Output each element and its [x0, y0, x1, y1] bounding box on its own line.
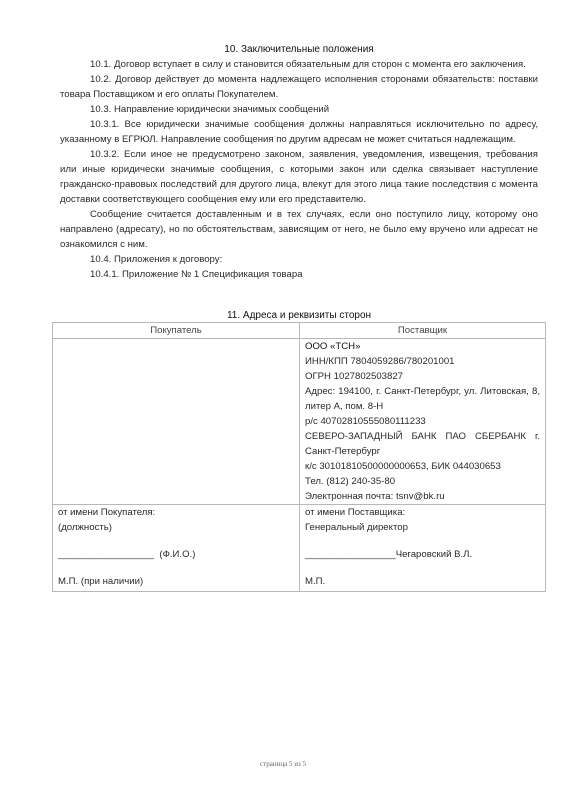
- clause-10-2: 10.2. Договор действует до момента надле…: [60, 72, 538, 102]
- supplier-signature-line: _________________Чегаровский В.Л.: [305, 547, 540, 562]
- clause-10-3-2: 10.3.2. Если иное не предусмотрено закон…: [60, 147, 538, 207]
- clause-10-3: 10.3. Направление юридически значимых со…: [60, 102, 538, 117]
- supplier-corr-account: к/с 30101810500000000653, БИК 044030653: [305, 459, 540, 474]
- clause-10-3-1: 10.3.1. Все юридически значимые сообщени…: [60, 117, 538, 147]
- clause-10-1: 10.1. Договор вступает в силу и становит…: [60, 57, 538, 72]
- supplier-position: Генеральный директор: [305, 520, 540, 535]
- supplier-inn-kpp: ИНН/КПП 7804059286/780201001: [305, 354, 540, 369]
- supplier-details: ООО «ТСН» ИНН/КПП 7804059286/780201001 О…: [300, 339, 546, 505]
- section-10-title: 10. Заключительные положения: [60, 42, 538, 57]
- buyer-signature-block: от имени Покупателя: (должность) _______…: [53, 505, 300, 592]
- supplier-signature-block: от имени Поставщика: Генеральный директо…: [300, 505, 546, 592]
- supplier-bank: СЕВЕРО-ЗАПАДНЫЙ БАНК ПАО СБЕРБАНК г. Сан…: [305, 429, 540, 459]
- section-11-title: 11. Адреса и реквизиты сторон: [60, 308, 538, 323]
- buyer-signature-line: __________________ (Ф.И.О.): [58, 547, 294, 562]
- supplier-stamp: М.П.: [305, 574, 540, 589]
- supplier-phone: Тел. (812) 240-35-80: [305, 474, 540, 489]
- supplier-on-behalf: от имени Поставщика:: [305, 505, 540, 520]
- header-supplier: Поставщик: [300, 323, 546, 339]
- clause-10-4-1: 10.4.1. Приложение № 1 Спецификация това…: [60, 267, 538, 282]
- clause-delivery-note: Сообщение считается доставленным и в тех…: [60, 207, 538, 252]
- supplier-ogrn: ОГРН 1027802503827: [305, 369, 540, 384]
- buyer-on-behalf: от имени Покупателя:: [58, 505, 294, 520]
- clause-10-4: 10.4. Приложения к договору:: [60, 252, 538, 267]
- supplier-name: ООО «ТСН»: [305, 339, 540, 354]
- supplier-email: Электронная почта: tsnv@bk.ru: [305, 489, 540, 504]
- buyer-position: (должность): [58, 520, 294, 535]
- buyer-details: [53, 339, 300, 505]
- requisites-table: Покупатель Поставщик ООО «ТСН» ИНН/КПП 7…: [52, 322, 546, 592]
- header-buyer: Покупатель: [53, 323, 300, 339]
- supplier-account: р/с 40702810555080111233: [305, 414, 540, 429]
- buyer-stamp: М.П. (при наличии): [58, 574, 294, 589]
- supplier-address: Адрес: 194100, г. Санкт-Петербург, ул. Л…: [305, 384, 540, 414]
- page-number: страница 5 из 5: [0, 757, 566, 772]
- document-page: 10. Заключительные положения 10.1. Догов…: [60, 42, 538, 282]
